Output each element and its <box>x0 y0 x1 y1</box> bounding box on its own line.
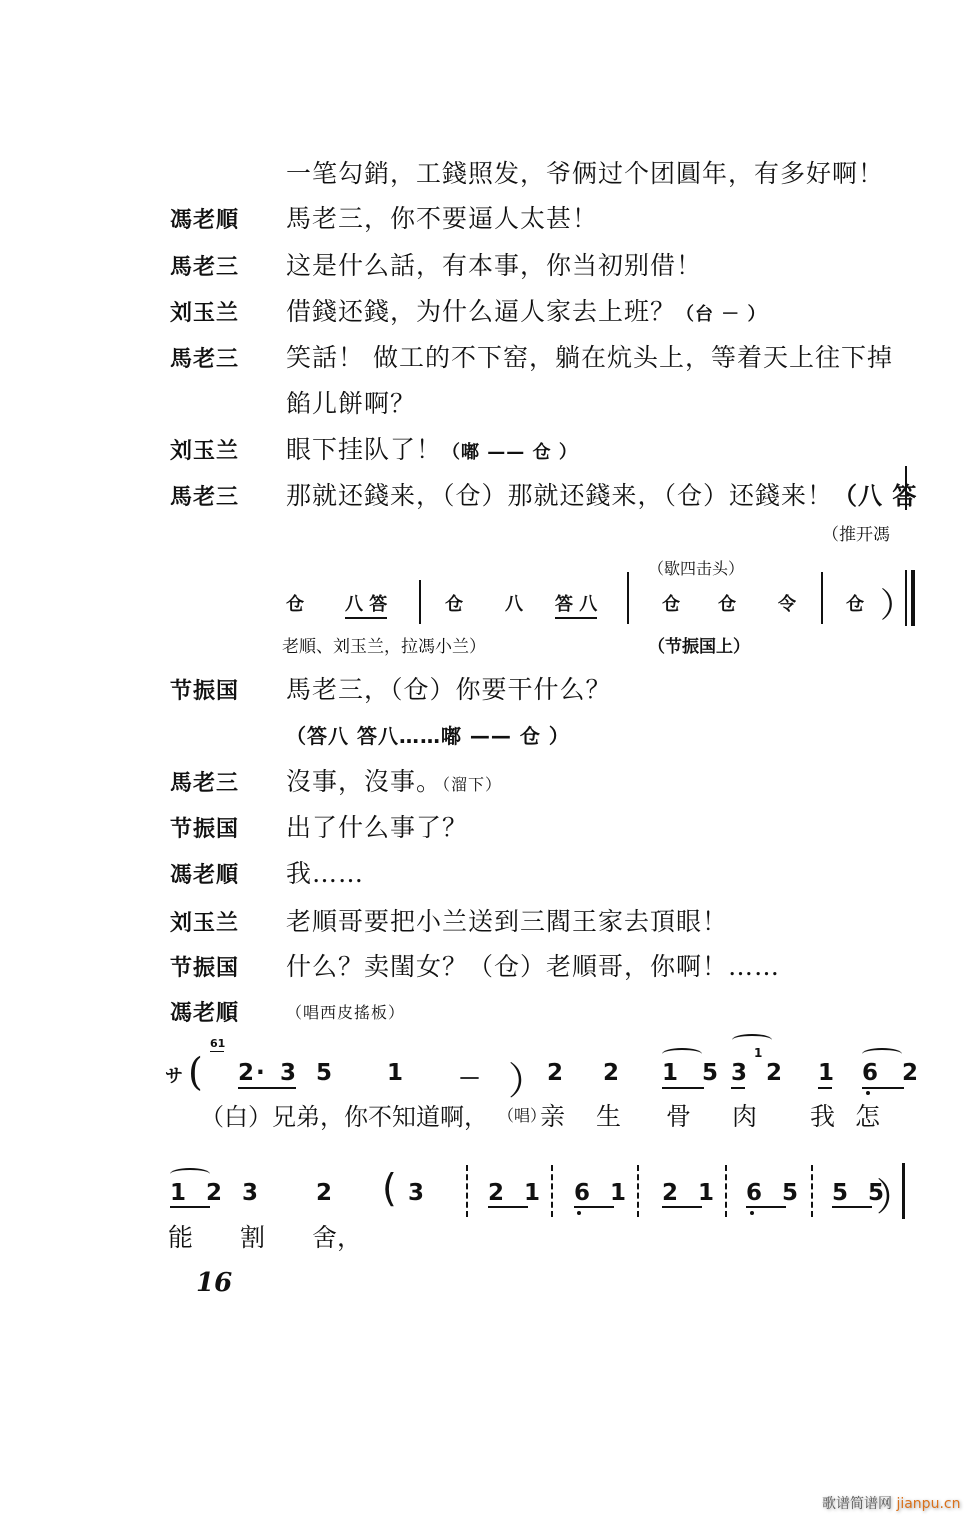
percussion-cue: （台 － ） <box>676 304 767 325</box>
dash: － <box>458 1060 481 1093</box>
dialogue-line: 出了什么事了？ <box>286 808 468 844</box>
dialogue-line: 笑話！ 做工的不下窑，躺在炕头上，等着天上往下掉 <box>286 338 893 374</box>
watermark: 歌谱简谱网 jianpu.cn <box>822 1493 960 1513</box>
barline-dashed <box>551 1165 553 1217</box>
lyric: 能 <box>168 1218 193 1254</box>
note: 2 <box>603 1060 619 1086</box>
barline <box>419 580 421 624</box>
note: 1 <box>387 1060 403 1086</box>
barline <box>627 572 629 624</box>
beam <box>731 1087 745 1089</box>
dialogue-line: 什么？卖閨女？（仓）老順哥，你啊！…… <box>286 947 780 983</box>
barline <box>902 1163 905 1219</box>
beam <box>862 1087 904 1089</box>
barline-dashed <box>466 1165 468 1217</box>
dialogue-line: 老順哥要把小兰送到三閻王家去頂眼！ <box>286 902 728 938</box>
beam <box>818 1087 832 1089</box>
perc-cell: 仓 <box>445 590 463 616</box>
speaker-name: 馬老三 <box>170 480 239 511</box>
barline-dashed <box>725 1165 727 1217</box>
paren-open: ( <box>188 1050 203 1094</box>
speaker-name: 馬老三 <box>170 342 239 373</box>
stage-direction: （唱西皮搖板） <box>286 1000 405 1023</box>
beam <box>238 1087 296 1089</box>
note: 5 <box>316 1060 332 1086</box>
lyric: 我 <box>810 1097 835 1133</box>
paren-open: ( <box>382 1166 397 1210</box>
dialogue-line-continuation: 餡儿餅啊？ <box>286 384 416 420</box>
slur <box>862 1048 902 1060</box>
speaker-name: 刘玉兰 <box>170 296 239 327</box>
slur <box>662 1048 702 1060</box>
dialogue-line: 这是什么話，有本事，你当初别借！ <box>286 246 702 282</box>
percussion-cue: （答八 答八……嘟 —— 仓 ） <box>286 720 570 749</box>
speaker-name: 馮老順 <box>170 203 239 234</box>
barline-dashed <box>811 1165 813 1217</box>
lyric: 舍， <box>312 1218 362 1254</box>
dialogue-line: 借錢还錢，为什么逼人家去上班？（台 － ） <box>286 292 767 328</box>
speaker-name: 馬老三 <box>170 250 239 281</box>
dialogue-text: 沒事，沒事。 <box>286 767 442 796</box>
grace-underline <box>210 1051 224 1052</box>
perc-cell: 仓 <box>286 590 304 616</box>
slur <box>732 1034 772 1046</box>
barline-dashed <box>637 1165 639 1217</box>
perc-cell: 仓 <box>718 590 736 616</box>
final-barline <box>911 570 915 626</box>
note: 2 <box>238 1060 254 1086</box>
speaker-name: 节振国 <box>170 951 239 982</box>
note: 2 <box>766 1060 782 1086</box>
stage-direction: （推开馮 <box>822 520 890 545</box>
perc-cell: 答 八 <box>555 590 597 619</box>
beam <box>574 1206 614 1208</box>
speaker-name: 馬老三 <box>170 766 239 797</box>
note: 2 <box>316 1180 332 1206</box>
paren-close: ） <box>880 578 914 627</box>
note: 3 <box>731 1060 747 1086</box>
speaker-name: 馮老順 <box>170 858 239 889</box>
spoken-text: （白）兄弟，你不知道啊， <box>200 1097 488 1132</box>
note: 2 <box>547 1060 563 1086</box>
note-group: 6 1 <box>574 1180 632 1206</box>
percussion-cue: （嘟 —— 仓 ） <box>442 442 578 463</box>
note: 3 <box>242 1180 258 1206</box>
free-meter-mark: サ <box>165 1062 183 1088</box>
barline <box>905 466 907 510</box>
low-octave-dot <box>750 1211 754 1215</box>
lyric: 亲 <box>540 1097 565 1133</box>
speaker-name: 刘玉兰 <box>170 906 239 937</box>
note: 3 <box>408 1180 424 1206</box>
speaker-name: 节振国 <box>170 812 239 843</box>
speaker-name: 刘玉兰 <box>170 434 239 465</box>
stage-direction: 老順、刘玉兰，拉馮小兰） <box>282 632 486 657</box>
speaker-name: 馮老順 <box>170 996 239 1027</box>
dialogue-line: 我…… <box>286 854 364 890</box>
lyric: 肉 <box>732 1097 757 1133</box>
dialogue-text: 借錢还錢，为什么逼人家去上班？ <box>286 297 676 326</box>
speaker-name: 节振国 <box>170 674 239 705</box>
low-octave-dot <box>577 1211 581 1215</box>
beam <box>832 1206 872 1208</box>
dialogue-text: 眼下挂队了！ <box>286 435 442 464</box>
slur <box>170 1168 210 1180</box>
perc-cell: 令 <box>778 590 796 616</box>
dialogue-line: 馬老三，（仓）你要干什么？ <box>286 670 612 706</box>
perc-cell: 仓 <box>662 590 680 616</box>
dialogue-text: 那就还錢来，（仓）那就还錢来，（仓）还錢来！ <box>286 481 833 510</box>
note-group: 1 2 <box>170 1180 228 1206</box>
note-group: 2 1 <box>488 1180 546 1206</box>
watermark-site: jianpu.cn <box>896 1496 960 1512</box>
dialogue-line-continuation: 一笔勾銷，工錢照发，爷俩过个团圓年，有多好啊！ <box>286 154 884 190</box>
barline <box>821 572 823 624</box>
dialogue-line: 眼下挂队了！（嘟 —— 仓 ） <box>286 430 578 466</box>
barline <box>905 570 907 626</box>
beam <box>488 1206 528 1208</box>
stage-direction: （节振国上） <box>648 632 750 657</box>
page-number: 16 <box>196 1268 232 1298</box>
lyric: 割 <box>240 1218 265 1254</box>
perc-cell: 八 答 <box>345 590 387 619</box>
note: 1 <box>818 1060 834 1086</box>
lyric: 骨 <box>666 1097 691 1133</box>
note-group: 1 5 <box>662 1060 726 1086</box>
note-group: 6 5 <box>746 1180 804 1206</box>
perc-cell: 八 <box>505 590 523 616</box>
note: 3 <box>280 1060 296 1086</box>
lyric: 怎 <box>855 1097 880 1133</box>
dot-augment: · <box>256 1060 265 1086</box>
low-octave-dot <box>866 1091 870 1095</box>
beam <box>662 1087 704 1089</box>
grace-note: 1 <box>754 1046 762 1060</box>
beam <box>170 1206 210 1208</box>
dialogue-line: 那就还錢来，（仓）那就还錢来，（仓）还錢来！（八 答 <box>286 476 917 512</box>
stage-direction: （溜下） <box>442 775 502 794</box>
percussion-label: （歇四击头） <box>648 556 744 579</box>
dialogue-line: 馬老三，你不要逼人太甚！ <box>286 199 598 235</box>
note-group: 6 2 <box>862 1060 926 1086</box>
lyric: 生 <box>596 1097 621 1133</box>
sung-marker: （唱） <box>498 1103 546 1126</box>
dialogue-line: 沒事，沒事。（溜下） <box>286 762 502 798</box>
beam <box>662 1206 702 1208</box>
paren-close: ） <box>876 1166 914 1221</box>
note-group: 2 1 <box>662 1180 720 1206</box>
libretto-page: 一笔勾銷，工錢照发，爷俩过个团圓年，有多好啊！ 馮老順 馬老三，你不要逼人太甚！… <box>0 0 974 1524</box>
watermark-text: 歌谱简谱网 <box>822 1496 892 1512</box>
beam <box>746 1206 786 1208</box>
grace-notes: 61 <box>210 1037 225 1050</box>
perc-cell: 仓 <box>846 590 864 616</box>
